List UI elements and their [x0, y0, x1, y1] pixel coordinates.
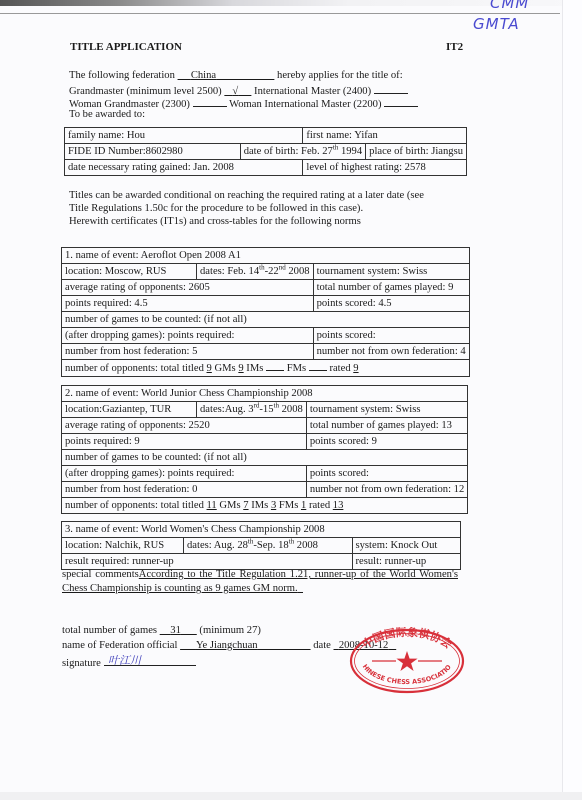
federation-field[interactable]: China — [178, 70, 275, 81]
points-required: points required: 9 — [62, 434, 307, 450]
wim-checkbox[interactable] — [384, 96, 418, 107]
handwritten-note: GMTA — [473, 15, 520, 33]
points-required: points required: 4.5 — [62, 296, 314, 312]
points-scored: points scored: 9 — [306, 434, 467, 450]
place-of-birth-cell: place of birth: Jiangsu — [366, 144, 467, 160]
opponents-breakdown: number of opponents: total titled 9 GMs … — [62, 360, 470, 377]
page-title: TITLE APPLICATION — [70, 41, 182, 53]
special-comments: special commentsAccording to the Title R… — [62, 568, 458, 596]
games-counted: number of games to be counted: (if not a… — [62, 312, 470, 328]
avg-rating: average rating of opponents: 2520 — [62, 418, 307, 434]
after-dropping-scored: points scored: — [306, 466, 467, 482]
first-name-cell: first name: Yifan — [303, 128, 467, 144]
event-location: location: Moscow, RUS — [62, 264, 197, 280]
event-dates: dates: Aug. 28th-Sep. 18th 2008 — [184, 538, 353, 554]
total-games: total number of games played: 13 — [306, 418, 467, 434]
dob-cell: date of birth: Feb. 27th 1994 — [240, 144, 365, 160]
event-name: 1. name of event: Aeroflot Open 2008 A1 — [62, 248, 470, 264]
not-own-federation: number not from own federation: 12 — [306, 482, 467, 498]
host-federation: number from host federation: 5 — [62, 344, 314, 360]
total-games-line: total number of games 31 (minimum 27) — [62, 625, 261, 636]
star-icon — [396, 651, 417, 671]
event-3-table: 3. name of event: World Women's Chess Ch… — [61, 521, 461, 570]
avg-rating: average rating of opponents: 2605 — [62, 280, 314, 296]
handwritten-note: CMM — [490, 0, 529, 12]
federation-line: The following federation China hereby ap… — [69, 70, 403, 81]
after-dropping-required: (after dropping games): points required: — [62, 328, 314, 344]
event-dates: dates:Aug. 3rd-15th 2008 — [197, 402, 307, 418]
after-dropping-required: (after dropping games): points required: — [62, 466, 307, 482]
official-name-field[interactable]: Ye Jiangchuan — [180, 640, 310, 651]
event-system: tournament system: Swiss — [313, 264, 469, 280]
wgm-checkbox[interactable] — [193, 96, 227, 107]
event-location: location:Gaziantep, TUR — [62, 402, 197, 418]
form-code: IT2 — [446, 41, 463, 53]
rating-gained-cell: date necessary rating gained: Jan. 2008 — [65, 160, 303, 176]
event-name: 3. name of event: World Women's Chess Ch… — [62, 522, 461, 538]
total-games-field[interactable]: 31 — [160, 625, 197, 636]
event-name: 2. name of event: World Junior Chess Cha… — [62, 386, 468, 402]
event-1-table: 1. name of event: Aeroflot Open 2008 A1 … — [61, 247, 470, 377]
highest-rating-cell: level of highest rating: 2578 — [303, 160, 467, 176]
event-system: tournament system: Swiss — [306, 402, 467, 418]
event-system: system: Knock Out — [352, 538, 460, 554]
awarded-to-label: To be awarded to: — [69, 109, 145, 120]
signature-handwriting: 叶江川 — [108, 652, 141, 668]
event-2-table: 2. name of event: World Junior Chess Cha… — [61, 385, 468, 514]
family-name-cell: family name: Hou — [65, 128, 303, 144]
event-location: location: Nalchik, RUS — [62, 538, 184, 554]
player-table: family name: Hou first name: Yifan FIDE … — [64, 127, 467, 176]
title-options-row-2: Woman Grandmaster (2300) Woman Internati… — [69, 96, 418, 110]
total-games: total number of games played: 9 — [313, 280, 469, 296]
scan-right-edge — [562, 0, 582, 800]
not-own-federation: number not from own federation: 4 — [313, 344, 469, 360]
official-line: name of Federation official Ye Jiangchua… — [62, 640, 396, 651]
after-dropping-scored: points scored: — [313, 328, 469, 344]
scan-top-rule — [0, 13, 560, 14]
fide-id-cell: FIDE ID Number:8602980 — [65, 144, 241, 160]
title-options-row-1: Grandmaster (minimum level 2500) √ Inter… — [69, 83, 408, 97]
points-scored: points scored: 4.5 — [313, 296, 469, 312]
im-checkbox[interactable] — [374, 83, 408, 94]
games-counted: number of games to be counted: (if not a… — [62, 450, 468, 466]
scan-bottom-edge — [0, 792, 582, 800]
opponents-breakdown: number of opponents: total titled 11 GMs… — [62, 498, 468, 514]
event-dates: dates: Feb. 14th-22nd 2008 — [197, 264, 314, 280]
notes-paragraph: Titles can be awarded conditional on rea… — [69, 189, 489, 228]
host-federation: number from host federation: 0 — [62, 482, 307, 498]
association-stamp: 中国国际象棋协会 CHINESE CHESS ASSOCIATION — [348, 627, 466, 695]
